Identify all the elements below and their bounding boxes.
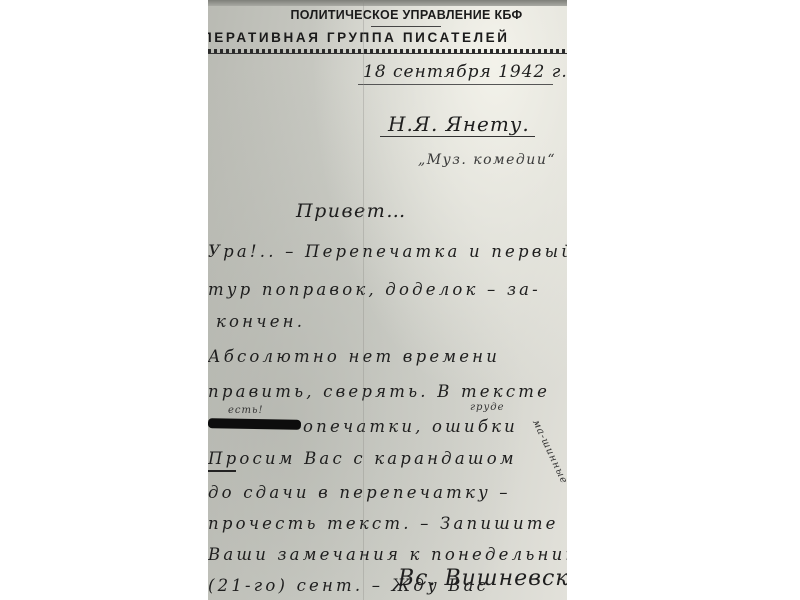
inserted-note: груде (470, 402, 505, 413)
greeting: Привет… (296, 200, 407, 222)
body-line: Просим Вас с карандашом (208, 449, 517, 468)
body-line: Ваши замечания к понедельнику (208, 545, 567, 564)
addressee: Н.Я. Янету. (388, 112, 530, 136)
letterhead-rule (208, 49, 567, 54)
page-background: ПОЛИТИЧЕСКОЕ УПРАВЛЕНИЕ КБФ ПЕРАТИВНАЯ Г… (0, 0, 800, 600)
inserted-note: ма-шинные (530, 418, 567, 486)
letterhead-divider (371, 26, 441, 27)
date-underline (358, 84, 553, 85)
underline-mark (208, 470, 236, 472)
letter-photograph: ПОЛИТИЧЕСКОЕ УПРАВЛЕНИЕ КБФ ПЕРАТИВНАЯ Г… (208, 0, 567, 600)
letterhead-organization: ПОЛИТИЧЕСКОЕ УПРАВЛЕНИЕ КБФ (208, 8, 567, 22)
addressee-place: „Муз. комедии“ (418, 152, 556, 168)
signature: Вс. Вишневский (398, 566, 567, 591)
letterhead: ПОЛИТИЧЕСКОЕ УПРАВЛЕНИЕ КБФ ПЕРАТИВНАЯ Г… (208, 8, 567, 54)
body-line: тур поправок, доделок – за- (208, 280, 541, 299)
body-line: Ура!.. – Перепечатка и первый (208, 242, 567, 261)
addressee-underline (380, 136, 535, 137)
body-line: прочесть текст. – Запишите (208, 514, 559, 533)
body-line: до сдачи в перепечатку – (208, 483, 511, 502)
body-line: править, сверять. В тексте (208, 382, 550, 401)
body-line: Абсолютно нет времени (208, 347, 500, 366)
inserted-note: есть! (228, 405, 263, 416)
body-line: опечатки, ошибки (303, 417, 518, 436)
crossed-out-word (208, 418, 301, 430)
body-line: кончен. (216, 312, 305, 331)
letterhead-department: ПЕРАТИВНАЯ ГРУППА ПИСАТЕЛЕЙ (208, 30, 567, 45)
letter-date: 18 сентября 1942 г. (363, 62, 567, 82)
